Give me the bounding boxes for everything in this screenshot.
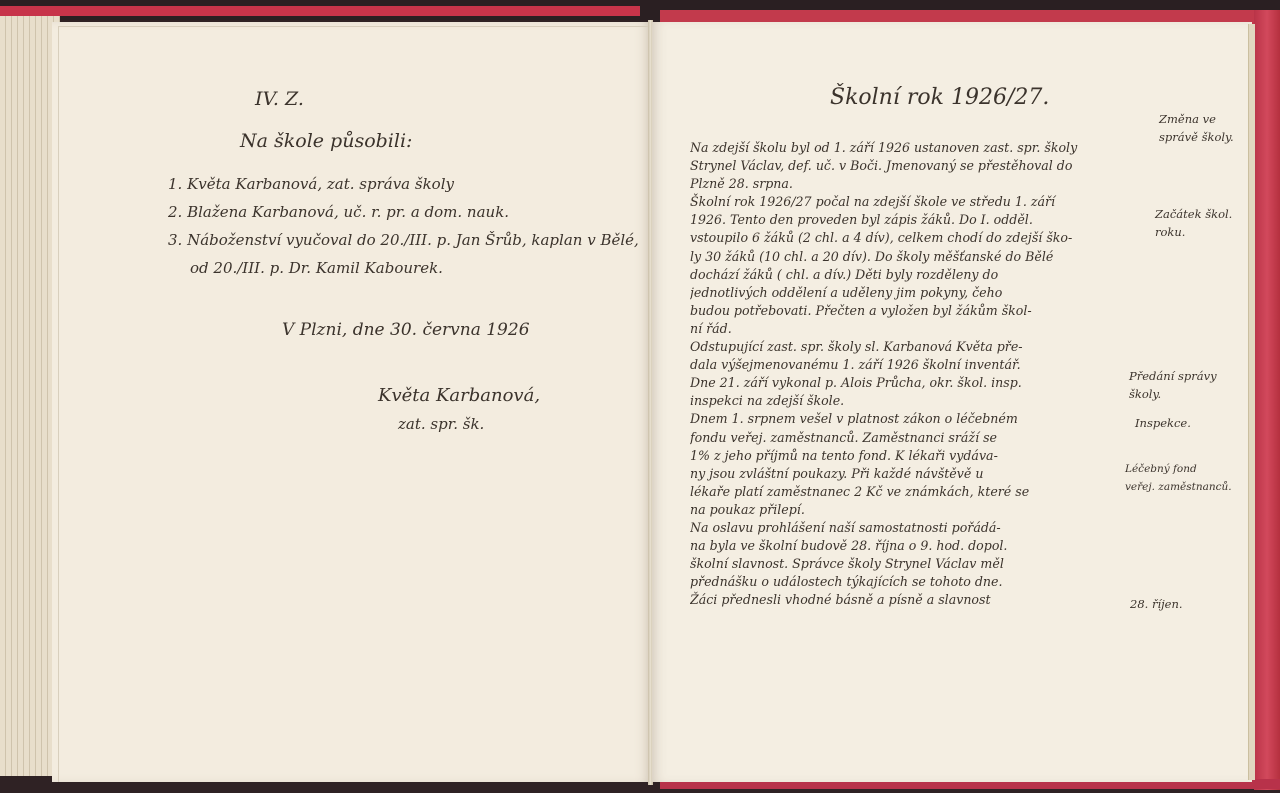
margin-note-medical-fund: Léčebný fond veřej. zaměstnanců. xyxy=(1125,460,1232,496)
margin-note-line: školy. xyxy=(1129,385,1217,403)
body-line: Dnem 1. srpnem vešel v platnost zákon o … xyxy=(690,410,1130,428)
staff-list: 1. Květa Karbanová, zat. správa školy 2.… xyxy=(168,170,639,282)
staff-list-item: 3. Náboženství vyučoval do 20./III. p. J… xyxy=(168,226,639,254)
cover-edge-right xyxy=(1254,10,1280,790)
margin-note-october-28: 28. říjen. xyxy=(1130,595,1183,613)
body-line: na byla ve školní budově 28. října o 9. … xyxy=(690,537,1130,555)
margin-note-line: roku. xyxy=(1155,223,1232,241)
margin-note-administration-change: Změna ve správě školy. xyxy=(1159,110,1234,146)
margin-note-handover: Předání správy školy. xyxy=(1129,367,1217,403)
staff-list-item: 2. Blažena Karbanová, uč. r. pr. a dom. … xyxy=(168,198,639,226)
margin-note-line: Léčebný fond xyxy=(1125,460,1232,478)
body-line: lékaře platí zaměstnanec 2 Kč ve známkác… xyxy=(690,483,1130,501)
margin-note-line: Inspekce. xyxy=(1135,414,1191,432)
margin-note-inspection: Inspekce. xyxy=(1135,414,1191,432)
margin-note-line: 28. říjen. xyxy=(1130,595,1183,613)
margin-note-line: správě školy. xyxy=(1159,128,1234,146)
school-year-title: Školní rok 1926/27. xyxy=(830,85,1049,110)
body-line: Na zdejší školu byl od 1. září 1926 usta… xyxy=(690,139,1130,157)
margin-note-school-year-start: Začátek škol. roku. xyxy=(1155,205,1232,241)
body-line: vstoupilo 6 žáků (2 chl. a 4 dív), celke… xyxy=(690,229,1130,247)
body-line: Odstupující zast. spr. školy sl. Karbano… xyxy=(690,338,1130,356)
body-line: školní slavnost. Správce školy Strynel V… xyxy=(690,555,1130,573)
chronicle-body: Na zdejší školu byl od 1. září 1926 usta… xyxy=(690,139,1130,609)
margin-note-line: Změna ve xyxy=(1159,110,1234,128)
staff-list-item: od 20./III. p. Dr. Kamil Kabourek. xyxy=(168,254,639,282)
body-line: jednotlivých oddělení a uděleny jim poky… xyxy=(690,284,1130,302)
section-number: IV. Z. xyxy=(255,88,304,110)
body-line: Žáci přednesli vhodné básně a písně a sl… xyxy=(690,591,1130,609)
place-date: V Plzni, dne 30. června 1926 xyxy=(282,320,530,340)
cover-edge-top-left xyxy=(0,6,640,16)
body-line: ly 30 žáků (10 chl. a 20 dív). Do školy … xyxy=(690,248,1130,266)
body-line: 1% z jeho příjmů na tento fond. K lékaři… xyxy=(690,447,1130,465)
body-line: Plzně 28. srpna. xyxy=(690,175,1130,193)
body-line: fondu veřej. zaměstnanců. Zaměstnanci sr… xyxy=(690,429,1130,447)
body-line: přednášku o událostech týkajících se toh… xyxy=(690,573,1130,591)
body-line: ní řád. xyxy=(690,320,1130,338)
margin-note-line: Předání správy xyxy=(1129,367,1217,385)
body-line: budou potřebovati. Přečten a vyložen byl… xyxy=(690,302,1130,320)
body-line: na poukaz přilepí. xyxy=(690,501,1130,519)
margin-note-line: veřej. zaměstnanců. xyxy=(1125,478,1232,496)
body-line: inspekci na zdejší škole. xyxy=(690,392,1130,410)
staff-heading: Na škole působili: xyxy=(240,130,412,152)
right-page-edge xyxy=(1248,24,1255,780)
page-stack-edges xyxy=(0,16,60,776)
signature-title: zat. spr. šk. xyxy=(398,415,484,433)
staff-list-item: 1. Květa Karbanová, zat. správa školy xyxy=(168,170,639,198)
body-line: ny jsou zvláštní poukazy. Při každé návš… xyxy=(690,465,1130,483)
signature: Květa Karbanová, xyxy=(378,385,540,406)
body-line: Dne 21. září vykonal p. Alois Průcha, ok… xyxy=(690,374,1130,392)
body-line: dala výšejmenovanému 1. září 1926 školní… xyxy=(690,356,1130,374)
body-line: Strynel Václav, def. uč. v Boči. Jmenova… xyxy=(690,157,1130,175)
body-line: Školní rok 1926/27 počal na zdejší škole… xyxy=(690,193,1130,211)
body-line: Na oslavu prohlášení naší samostatnosti … xyxy=(690,519,1130,537)
margin-note-line: Začátek škol. xyxy=(1155,205,1232,223)
body-line: dochází žáků ( chl. a dív.) Děti byly ro… xyxy=(690,266,1130,284)
body-line: 1926. Tento den proveden byl zápis žáků.… xyxy=(690,211,1130,229)
